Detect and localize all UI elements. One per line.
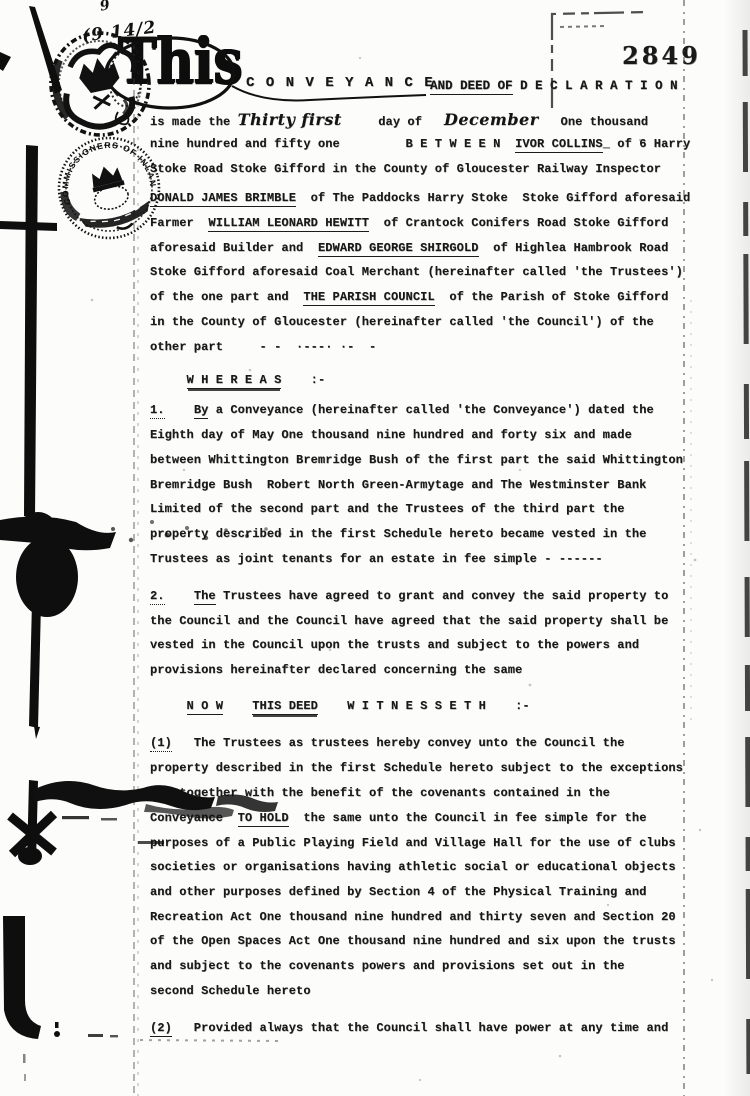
typewritten-text: TO HOLD [238,811,289,827]
typewritten-text: One thousand [539,115,649,129]
svg-text:COMMISSIONERS OF INLAND: COMMISSIONERS OF INLAND [50,129,160,210]
document-line: W H E R E A S :- [150,372,325,389]
document-line: second Schedule hereto [150,983,311,1000]
typewritten-text: By [194,403,209,419]
document-line: the Council and the Council have agreed … [150,613,668,630]
document-line: is made the Thirty first day of December… [150,110,648,131]
typewritten-text [150,699,187,713]
document-line: aforesaid Builder and EDWARD GEORGE SHIR… [150,240,668,257]
typewritten-text: Farmer [150,216,208,230]
crown-icon [89,163,122,188]
title-deed-of-declaration: AND DEED OF D E C L A R A T I O N [430,80,678,93]
document-line: Recreation Act One thousand nine hundred… [150,909,676,926]
document-line: Stoke Road Stoke Gifford in the County o… [150,161,661,178]
typewritten-text: of The Paddocks Harry Stoke Stoke Giffor… [296,191,690,205]
document-line: of the Open Spaces Act One thousand nine… [150,933,676,950]
typewritten-text: nine hundred and fifty one B E T W E E N [150,137,515,151]
typewritten-text: property described in the first Schedule… [150,761,683,775]
typewritten-text: THE PARISH COUNCIL [303,290,434,306]
typewritten-text: in the County of Gloucester (hereinafter… [150,315,654,329]
document-line: 1. By a Conveyance (hereinafter called '… [150,402,654,419]
document-line: purposes of a Public Playing Field and V… [150,835,676,852]
typewritten-text: and other purposes defined by Section 4 … [150,885,646,899]
document-line: property described in the first Schedule… [150,526,646,543]
typewritten-text: IVOR COLLINS [515,137,603,153]
document-line: N O W THIS DEED W I T N E S S E T H :- [150,698,530,715]
document-line: 2. The Trustees have agreed to grant and… [150,588,668,605]
typewritten-text: (2) [150,1021,172,1037]
typewritten-text: provisions hereinafter declared concerni… [150,663,522,677]
document-line: Eighth day of May One thousand nine hund… [150,427,632,444]
document-line: societies or organisations having athlet… [150,859,676,876]
document-line: of the one part and THE PARISH COUNCIL o… [150,289,668,306]
typewritten-text: Stoke Gifford aforesaid Coal Merchant (h… [150,265,683,279]
document-line: nine hundred and fifty one B E T W E E N… [150,136,690,153]
typewritten-text: of Crantock Conifers Road Stoke Gifford [369,216,668,230]
typewritten-text: The Trustees as trustees hereby convey u… [172,736,625,750]
typewritten-text: WILLIAM LEONARD HEWITT [208,216,369,232]
typewritten-text: THIS DEED [252,699,318,715]
typewritten-text: of the one part and [150,290,303,304]
document-line: Conveyance TO HOLD the same unto the Cou… [150,810,647,827]
typewritten-text: Conveyance [150,811,238,825]
document-line: Trustees as joint tenants for an estate … [150,551,603,568]
typewritten-text: 1. [150,403,165,419]
typewritten-text: Recreation Act One thousand nine hundred… [150,910,676,924]
inland-revenue-arc-text: COMMISSIONERS OF INLAND [50,129,160,210]
handwritten-text: December [444,110,539,129]
typewritten-text: N O W [187,699,224,715]
typewritten-text: is made the [150,115,238,129]
typewritten-text: purposes of a Public Playing Field and V… [150,836,676,850]
document-line: property described in the first Schedule… [150,760,683,777]
typewritten-text: The [194,589,216,605]
document-line: DONALD JAMES BRIMBLE of The Paddocks Har… [150,190,690,207]
title-and-deed-of: AND DEED OF [430,79,513,95]
typewritten-text: DONALD JAMES BRIMBLE [150,191,296,207]
document-line: other part - - ·---· ·- - [150,339,376,356]
document-line: Stoke Gifford aforesaid Coal Merchant (h… [150,264,683,281]
typewritten-text: :- [281,373,325,387]
page-number-stamp: 2849 [622,44,701,68]
typewritten-text: between Whittington Bremridge Bush of th… [150,453,683,467]
typewritten-text: the same unto the Council in fee simple … [289,811,647,825]
document-line: between Whittington Bremridge Bush of th… [150,452,683,469]
typewritten-text [223,699,252,713]
typewritten-text: _ of 6 Harry [603,137,691,151]
document-line: (1) The Trustees as trustees hereby conv… [150,735,625,752]
typewritten-text: property described in the first Schedule… [150,527,646,541]
handwritten-corner-digit: 9 [99,0,111,15]
document-line: Farmer WILLIAM LEONARD HEWITT of Crantoc… [150,215,668,232]
typewritten-text: EDWARD GEORGE SHIRGOLD [318,241,479,257]
scan-noise-dots [91,57,714,1081]
typewritten-text: of Highlea Hambrook Road [479,241,669,255]
document-line: vested in the Council upon the trusts an… [150,637,639,654]
document-line: in the County of Gloucester (hereinafter… [150,314,654,331]
typewritten-text: other part - - ·---· ·- - [150,340,376,354]
document-line: (2) Provided always that the Council sha… [150,1020,668,1037]
typewritten-text: 2. [150,589,165,605]
typewritten-text: Trustees as joint tenants for an estate … [150,552,603,566]
document-line: and subject to the covenants powers and … [150,958,625,975]
gothic-initial-word: This [118,30,242,93]
typewritten-text: W H E R E A S [187,373,282,389]
typewritten-text: Provided always that the Council shall h… [172,1021,668,1035]
typewritten-text: vested in the Council upon the trusts an… [150,638,639,652]
document-line: and other purposes defined by Section 4 … [150,884,646,901]
pen-squiggle-mark [116,112,129,124]
typewritten-text: societies or organisations having athlet… [150,860,676,874]
title-declaration: D E C L A R A T I O N [513,79,678,93]
typewritten-text [165,589,194,603]
typewritten-text: (1) [150,736,172,752]
title-conveyance: C O N V E Y A N C E [246,76,434,90]
typewritten-text: Eighth day of May One thousand nine hund… [150,428,632,442]
typewritten-text: of the Open Spaces Act One thousand nine… [150,934,676,948]
typewritten-text [165,403,194,417]
typewritten-text: a Conveyance (hereinafter called 'the Co… [208,403,653,417]
typewritten-text: Limited of the second part and the Trust… [150,502,625,516]
document-line: Limited of the second part and the Trust… [150,501,625,518]
typewritten-text: second Schedule hereto [150,984,311,998]
typewritten-text: day of [342,115,444,129]
typewritten-text: of the Parish of Stoke Gifford [435,290,669,304]
typewritten-text: and together with the benefit of the cov… [150,786,610,800]
typewritten-text: Stoke Road Stoke Gifford in the County o… [150,162,661,176]
document-line: Bremridge Bush Robert North Green-Armyta… [150,477,646,494]
typewritten-text: Bremridge Bush Robert North Green-Armyta… [150,478,646,492]
typewritten-text [150,373,187,387]
page-edge-marks [745,30,749,1090]
scanned-deed-page: 9 (9 14/2 This C O N V E Y A N C E AND D… [0,0,750,1096]
typewritten-text: W I T N E S S E T H :- [318,699,530,713]
typewritten-text: the Council and the Council have agreed … [150,614,668,628]
document-line: and together with the benefit of the cov… [150,785,610,802]
handwritten-text: Thirty first [238,110,342,129]
typewritten-text: aforesaid Builder and [150,241,318,255]
typewritten-text: and subject to the covenants powers and … [150,959,625,973]
document-line: provisions hereinafter declared concerni… [150,662,522,679]
typewritten-text: Trustees have agreed to grant and convey… [216,589,669,603]
